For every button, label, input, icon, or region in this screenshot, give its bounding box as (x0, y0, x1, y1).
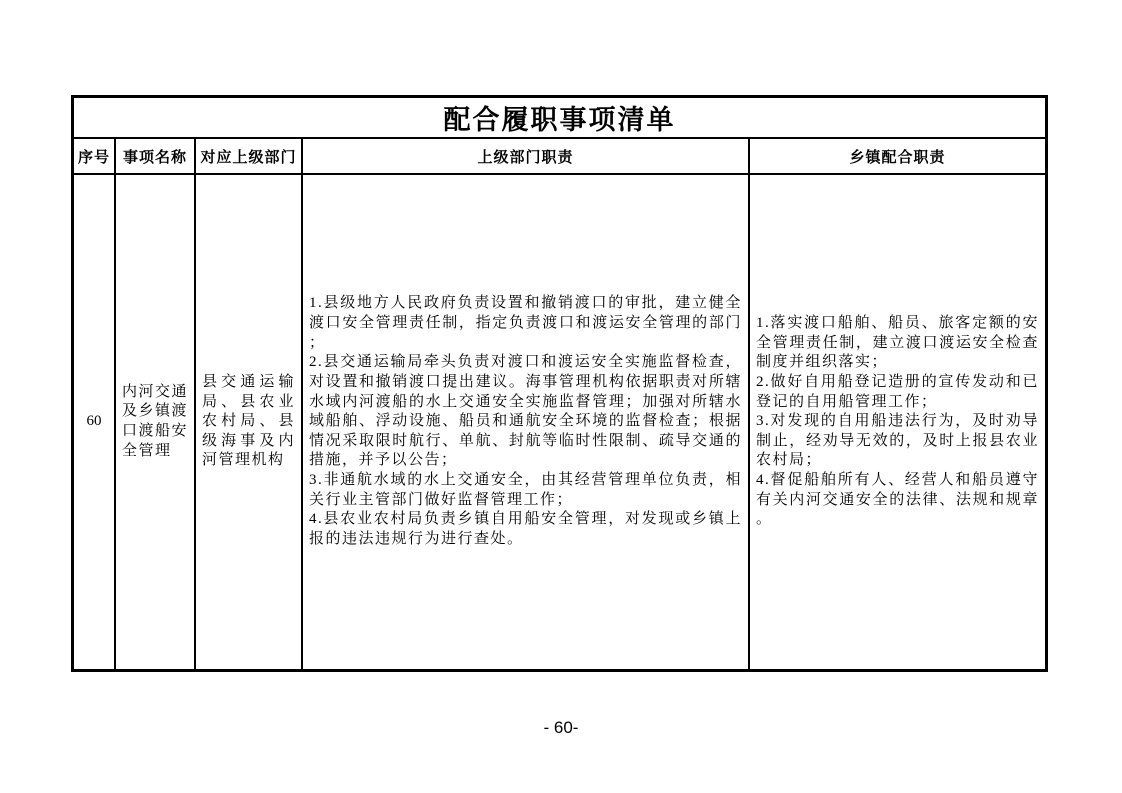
table-header-row: 序号 事项名称 对应上级部门 上级部门职责 乡镇配合职责 (74, 139, 1045, 175)
table-title: 配合履职事项清单 (74, 98, 1045, 139)
cell-superior-duties: 1.县级地方人民政府负责设置和撤销渡口的审批，建立健全渡口安全管理责任制，指定负… (303, 175, 750, 669)
header-superior-department: 对应上级部门 (196, 139, 303, 173)
duty-paragraph: 2.做好自用船登记造册的宣传发动和已登记的自用船管理工作； (756, 373, 1039, 412)
duty-paragraph: 4.县农业农村局负责乡镇自用船安全管理，对发现或乡镇上报的违法违规行为进行查处。 (309, 510, 742, 549)
duty-paragraph: 4.督促船舶所有人、经营人和船员遵守有关内河交通安全的法律、法规和规章。 (756, 471, 1039, 530)
duty-paragraph: 1.落实渡口船舶、船员、旅客定额的安全管理责任制，建立渡口渡运安全检查制度并组织… (756, 314, 1039, 373)
cell-township-duties: 1.落实渡口船舶、船员、旅客定额的安全管理责任制，建立渡口渡运安全检查制度并组织… (750, 175, 1045, 669)
table-row: 60 内河交通及乡镇渡口渡船安全管理 县交通运输局、县农业农村局、县级海事及内河… (74, 175, 1045, 669)
cooperation-duty-table: 配合履职事项清单 序号 事项名称 对应上级部门 上级部门职责 乡镇配合职责 60… (71, 95, 1048, 672)
header-item-name: 事项名称 (116, 139, 196, 173)
duty-paragraph: 1.县级地方人民政府负责设置和撤销渡口的审批，建立健全渡口安全管理责任制，指定负… (309, 294, 742, 353)
document-page: 配合履职事项清单 序号 事项名称 对应上级部门 上级部门职责 乡镇配合职责 60… (0, 0, 1122, 793)
cell-item-name: 内河交通及乡镇渡口渡船安全管理 (116, 175, 196, 669)
header-seq-no: 序号 (74, 139, 116, 173)
cell-seq-no: 60 (74, 175, 116, 669)
page-number: - 60- (0, 718, 1122, 738)
duty-paragraph: 3.非通航水域的水上交通安全，由其经营管理单位负责，相关行业主管部门做好监督管理… (309, 471, 742, 510)
cell-superior-department: 县交通运输局、县农业农村局、县级海事及内河管理机构 (196, 175, 303, 669)
duty-paragraph: 2.县交通运输局牵头负责对渡口和渡运安全实施监督检查，对设置和撤销渡口提出建议。… (309, 353, 742, 471)
duty-paragraph: 3.对发现的自用船违法行为，及时劝导制止，经劝导无效的，及时上报县农业农村局； (756, 412, 1039, 471)
header-superior-duties: 上级部门职责 (303, 139, 750, 173)
header-township-duties: 乡镇配合职责 (750, 139, 1045, 173)
